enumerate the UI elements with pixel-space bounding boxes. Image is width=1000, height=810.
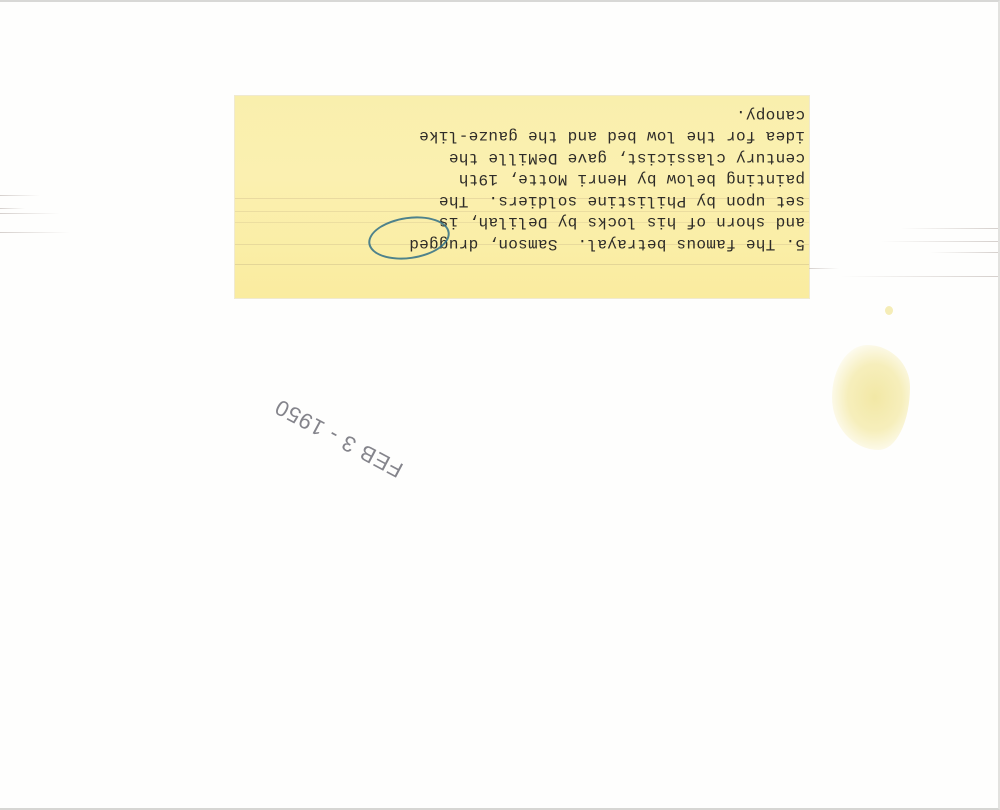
caption-line: and shorn of his locks by Delilah, is (275, 211, 805, 233)
caption-line: painting below by Henri Motte, 19th (275, 168, 805, 190)
caption-line: 5. The famous betrayal. Samson, drugged (275, 233, 805, 255)
slip-crease (235, 264, 809, 265)
edge-streak (0, 232, 70, 233)
edge-streak (840, 276, 998, 277)
caption-slip: 5. The famous betrayal. Samson, drugged … (235, 96, 809, 298)
edge-streak (0, 208, 25, 209)
caption-line: century classicist, gave DeMille the (275, 147, 805, 169)
caption-text: 5. The famous betrayal. Samson, drugged … (275, 104, 805, 254)
edge-streak (0, 195, 40, 196)
edge-streak (900, 228, 998, 229)
caption-line: set upon by Philistine soldiers. The (275, 190, 805, 212)
edge-streak (809, 268, 839, 269)
edge-streak (0, 213, 60, 214)
stain-mark (885, 306, 893, 315)
edge-streak (880, 241, 998, 242)
caption-line: idea for the low bed and the gauze-like (275, 125, 805, 147)
edge-streak (930, 252, 998, 253)
caption-line: canopy. (275, 104, 805, 126)
